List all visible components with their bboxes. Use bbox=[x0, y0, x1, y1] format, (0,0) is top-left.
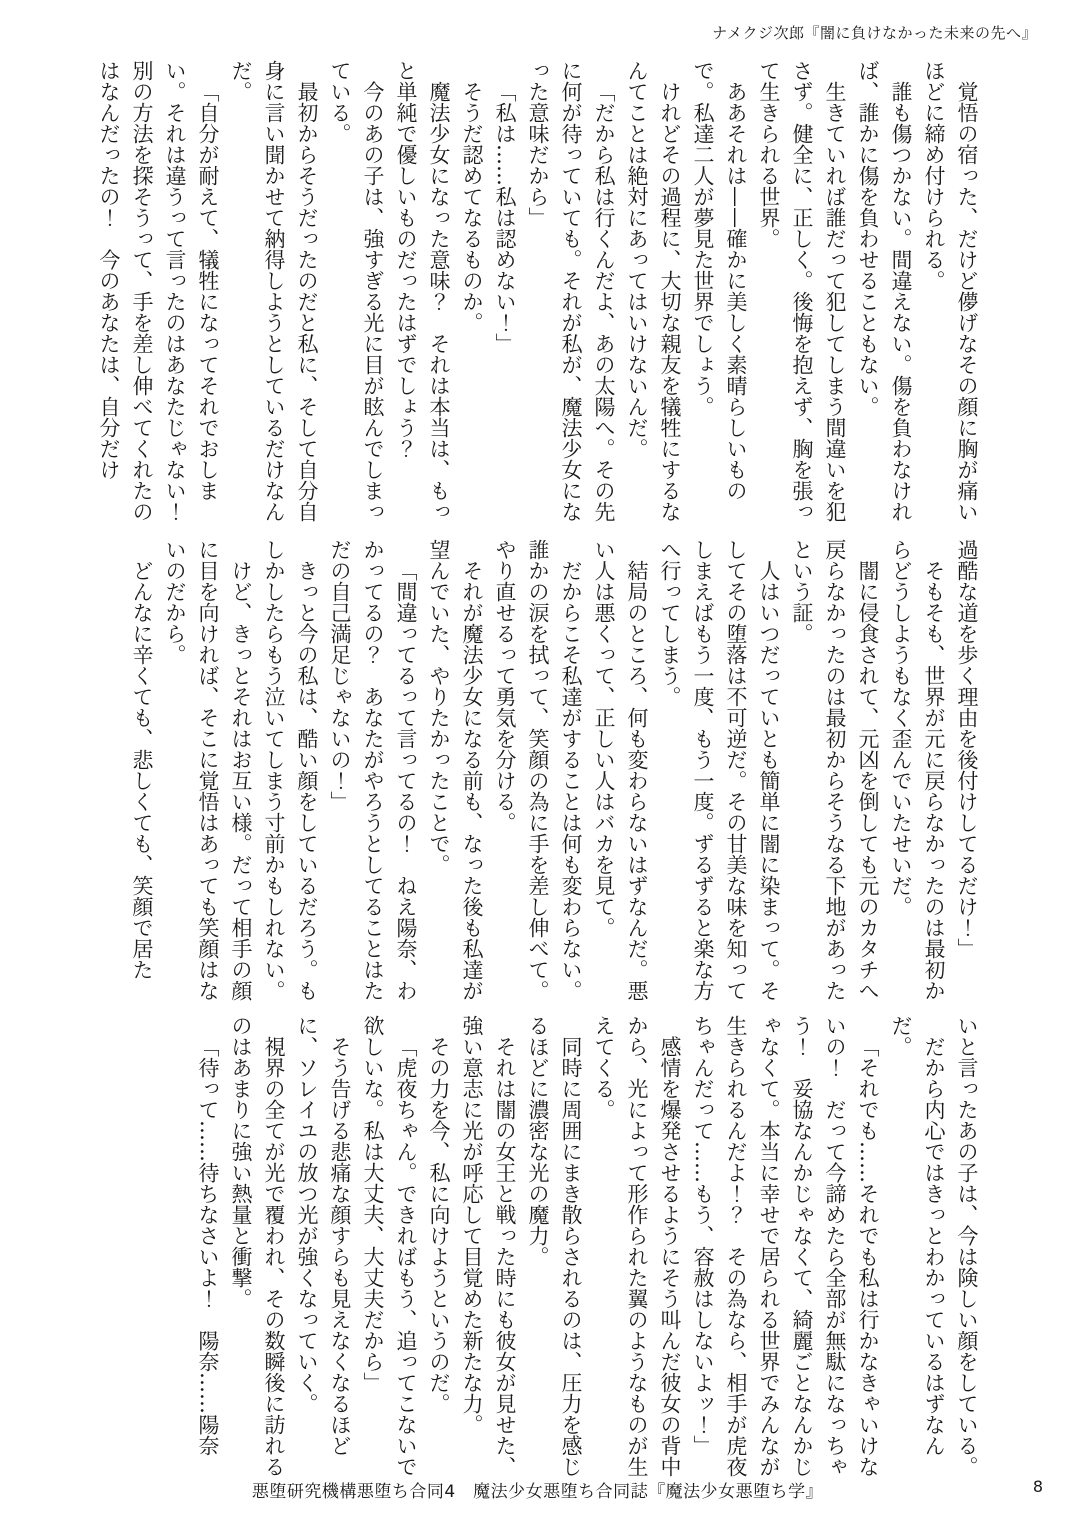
paragraph: 魔法少女になった意味？ それは本当は、もっと単純で優しいものだったはずでしょう？ bbox=[389, 60, 455, 522]
paragraph: 人はいつだっていとも簡単に闇に染まって。そしてその堕落は不可逆だ。その甘美な味を… bbox=[653, 539, 785, 1001]
paragraph: そう告げる悲痛な顔すらも見えなくなるほどに、ソレイユの放つ光が強くなっていく。 bbox=[290, 1015, 356, 1477]
paragraph: 「だから私は行くんだよ、あの太陽へ。その先に何が待っていても。それが私が、魔法少… bbox=[521, 60, 620, 522]
paragraph: だから内心ではきっとわかっているはずなんだ。 bbox=[884, 1015, 950, 1477]
paragraph: いと言ったあの子は、今は険しい顔をしている。 bbox=[950, 1015, 983, 1477]
paragraph: そもそも、世界が元に戻らなかったのは最初からどうしようもなく歪んでいたせいだ。 bbox=[884, 539, 950, 1001]
page-number: 8 bbox=[1033, 1477, 1043, 1496]
paragraph: どんなに辛くても、悲しくても、笑顔で居た bbox=[125, 539, 158, 1001]
paragraph: 「間違ってるって言ってるの！ ねえ陽奈、わかってるの？ あなたがやろうとしてるこ… bbox=[323, 539, 422, 1001]
paragraph: それは闇の女王と戦った時にも彼女が見せた、強い意志に光が呼応して目覚めた新たな力… bbox=[455, 1015, 521, 1477]
paragraph: 「虎夜ちゃん。できればもう、追ってこないで欲しいな。私は大丈夫、大丈夫だから」 bbox=[356, 1015, 422, 1477]
paragraph: 「それでも……それでも私は行かなきゃいけないの！ だって今諦めたら全部が無駄にな… bbox=[686, 1015, 884, 1477]
paragraph: 「私は……私は認めない！」 bbox=[488, 60, 521, 522]
paragraph: 視界の全てが光で覆われ、その数瞬後に訪れるのはあまりに強い熱量と衝撃。 bbox=[224, 1015, 290, 1477]
paragraph: 過酷な道を歩く理由を後付けしてるだけ！」 bbox=[950, 539, 983, 1001]
page-footer-title: 悪堕研究機構悪堕ち合同4 魔法少女悪堕ち合同誌『魔法少女悪堕ち学』 bbox=[0, 1477, 1075, 1502]
page-header-credit: ナメクジ次郎『闇に負けなかった未来の先へ』 bbox=[712, 22, 1037, 43]
paragraph: 今のあの子は、強すぎる光に目が眩んでしまっている。 bbox=[323, 60, 389, 522]
paragraph: 結局のところ、何も変わらないはずなんだ。悪い人は悪くって、正しい人はバカを見て。 bbox=[587, 539, 653, 1001]
paragraph: 「待って……待ちなさいよ！ 陽奈……陽奈 bbox=[191, 1015, 224, 1477]
paragraph: 生きていれば誰だって犯してしまう間違いを犯さず。健全に、正しく。後悔を抱えず、胸… bbox=[752, 60, 851, 522]
paragraph: 「自分が耐えて、犠牲になってそれでおしまい。それは違うって言ったのはあなたじゃな… bbox=[92, 60, 224, 522]
text-block-middle: 過酷な道を歩く理由を後付けしてるだけ！」そもそも、世界が元に戻らなかったのは最初… bbox=[48, 539, 983, 1001]
paragraph: 同時に周囲にまき散らされるのは、圧力を感じるほどに濃密な光の魔力。 bbox=[521, 1015, 587, 1477]
paragraph: 最初からそうだったのだと私に、そして自分自身に言い聞かせて納得しようとしているだ… bbox=[224, 60, 323, 522]
paragraph: 誰も傷つかない。間違えない。傷を負わなければ、誰かに傷を負わせることもない。 bbox=[851, 60, 917, 522]
paragraph: 覚悟の宿った、だけど儚げなその顔に胸が痛いほどに締め付けられる。 bbox=[917, 60, 983, 522]
document-page: ナメクジ次郎『闇に負けなかった未来の先へ』 覚悟の宿った、だけど儚げなその顔に胸… bbox=[0, 0, 1075, 1518]
paragraph: 闇に侵食されて、元凶を倒しても元のカタチへ戻らなかったのは最初からそうなる下地が… bbox=[785, 539, 884, 1001]
paragraph: そうだ認めてなるものか。 bbox=[455, 60, 488, 522]
paragraph: けれどその過程に、大切な親友を犠牲にするなんてことは絶対にあってはいけないんだ。 bbox=[620, 60, 686, 522]
paragraph: 感情を爆発させるようにそう叫んだ彼女の背中から、光によって形作られた翼のようなも… bbox=[587, 1015, 686, 1477]
text-block-top: 覚悟の宿った、だけど儚げなその顔に胸が痛いほどに締め付けられる。誰も傷つかない。… bbox=[48, 60, 983, 522]
paragraph: その力を今、私に向けようというのだ。 bbox=[422, 1015, 455, 1477]
paragraph: ああそれは——確かに美しく素晴らしいもので。私達二人が夢見た世界でしょう。 bbox=[686, 60, 752, 522]
paragraph: きっと今の私は、酷い顔をしているだろう。もしかしたらもう泣いてしまう寸前かもしれ… bbox=[257, 539, 323, 1001]
paragraph: それが魔法少女になる前も、なった後も私達が望んでいた、やりたかったことで。 bbox=[422, 539, 488, 1001]
paragraph: けど、きっとそれはお互い様。だって相手の顔に目を向ければ、そこに覚悟はあっても笑… bbox=[158, 539, 257, 1001]
text-block-bottom: いと言ったあの子は、今は険しい顔をしている。だから内心ではきっとわかっているはず… bbox=[48, 1015, 983, 1477]
paragraph: だからこそ私達がすることは何も変わらない。誰かの涙を拭って、笑顔の為に手を差し伸… bbox=[488, 539, 587, 1001]
